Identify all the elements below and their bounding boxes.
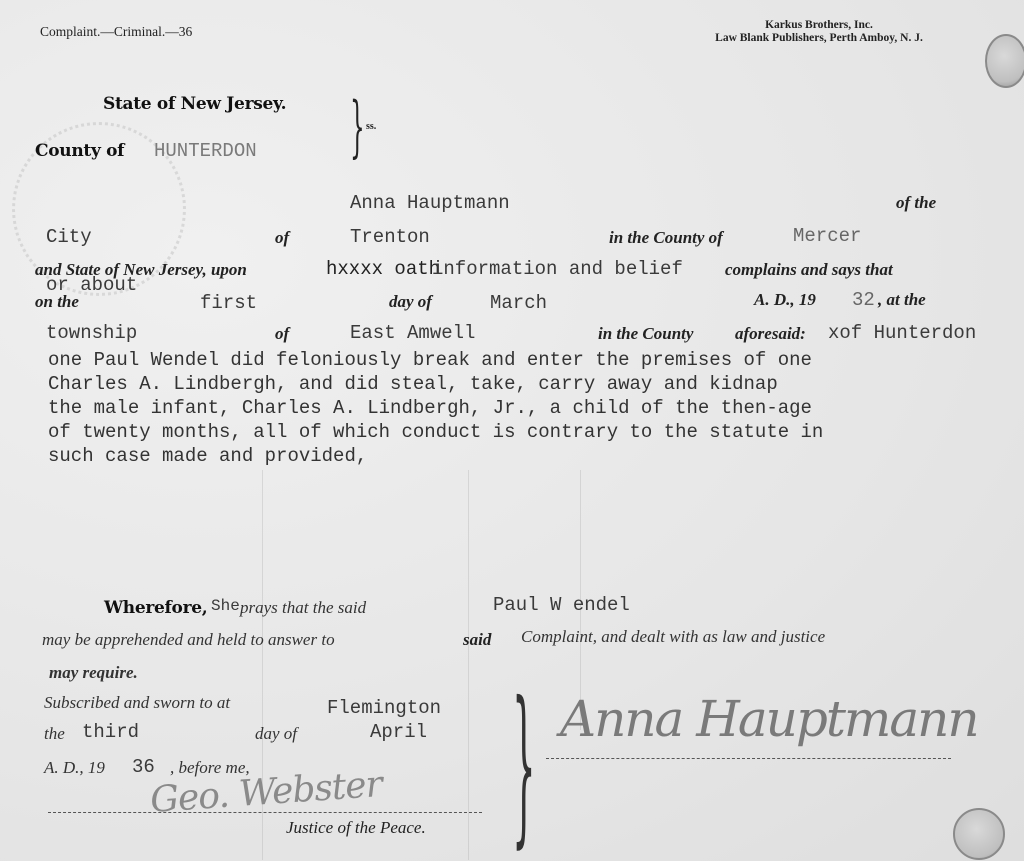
offense-day: first — [200, 292, 257, 314]
said-label: said — [463, 630, 491, 650]
of-label: of — [275, 324, 289, 344]
offense-description: one Paul Wendel did feloniously break an… — [48, 348, 823, 468]
complainant-signature: Anna Hauptmann — [560, 690, 978, 748]
description-line: one Paul Wendel did feloniously break an… — [48, 348, 823, 372]
offense-year: 32 — [852, 289, 875, 311]
she-typed: She — [211, 597, 240, 615]
complainant-name: Anna Hauptmann — [350, 192, 510, 214]
municipality-type: City — [46, 226, 92, 248]
form-id: Complaint.—Criminal.—36 — [40, 24, 192, 40]
defendant-name: Paul W endel — [493, 594, 630, 616]
county-value: Mercer — [793, 225, 861, 247]
prayer-line-2b: Complaint, and dealt with as law and jus… — [521, 627, 825, 647]
offense-place: East Amwell — [350, 322, 475, 344]
punch-hole-icon — [953, 808, 1005, 860]
the-label: the — [44, 724, 65, 744]
state-label: State of New Jersey. — [103, 94, 286, 114]
on-the-label: on the — [35, 292, 79, 312]
county-label: County of — [35, 141, 124, 161]
signature-line — [546, 758, 951, 759]
ad-label: A. D., 19 — [754, 290, 816, 310]
fold-line — [468, 470, 469, 860]
complains-label: complains and says that — [725, 260, 893, 280]
brace-icon: } — [350, 92, 365, 162]
of-label: of — [275, 228, 289, 248]
prayer-line-3: may require. — [49, 663, 138, 683]
ss-label: ss. — [366, 121, 376, 132]
day-of-label: day of — [389, 292, 432, 312]
punch-hole-icon — [985, 34, 1024, 88]
wherefore-label: Wherefore, — [104, 598, 207, 618]
prays-text: prays that the said — [240, 598, 366, 618]
publisher-line: Law Blank Publishers, Perth Amboy, N. J. — [684, 32, 954, 44]
prayer-line-2a: may be apprehended and held to answer to — [42, 630, 335, 650]
signature-line — [48, 812, 482, 813]
brace-icon: } — [512, 690, 536, 840]
day-of-label: day of — [255, 724, 297, 744]
description-line: Charles A. Lindbergh, and did steal, tak… — [48, 372, 823, 396]
description-line: of twenty months, all of which conduct i… — [48, 420, 823, 444]
description-line: the male infant, Charles A. Lindbergh, J… — [48, 396, 823, 420]
jurat-day: third — [82, 721, 139, 743]
jurat-month: April — [370, 721, 427, 743]
offense-month: March — [490, 292, 547, 314]
oath-value: information and belief — [432, 258, 683, 280]
in-county-label: in the County — [598, 324, 693, 344]
aforesaid-struck: aforesaid: — [735, 324, 806, 344]
municipality: Trenton — [350, 226, 430, 248]
place-type: township — [46, 322, 137, 344]
jurat-year: 36 — [132, 756, 155, 778]
publisher-name: Karkus Brothers, Inc. — [686, 19, 952, 31]
offense-county: xof Hunterdon — [828, 322, 976, 344]
of-the-label: of the — [896, 193, 936, 213]
county-value: HUNTERDON — [154, 140, 257, 162]
at-the-label: , at the — [878, 290, 926, 310]
officer-title: Justice of the Peace. — [286, 818, 426, 838]
in-county-label: in the County of — [609, 228, 723, 248]
description-line: such case made and provided, — [48, 444, 823, 468]
oath-struck: hxxxx oath — [326, 258, 440, 280]
ad-label: A. D., 19 — [44, 758, 105, 778]
subscribed-label: Subscribed and sworn to at — [44, 693, 230, 713]
jurat-place: Flemington — [327, 697, 441, 719]
complaint-document: Complaint.—Criminal.—36 Karkus Brothers,… — [0, 0, 1024, 861]
